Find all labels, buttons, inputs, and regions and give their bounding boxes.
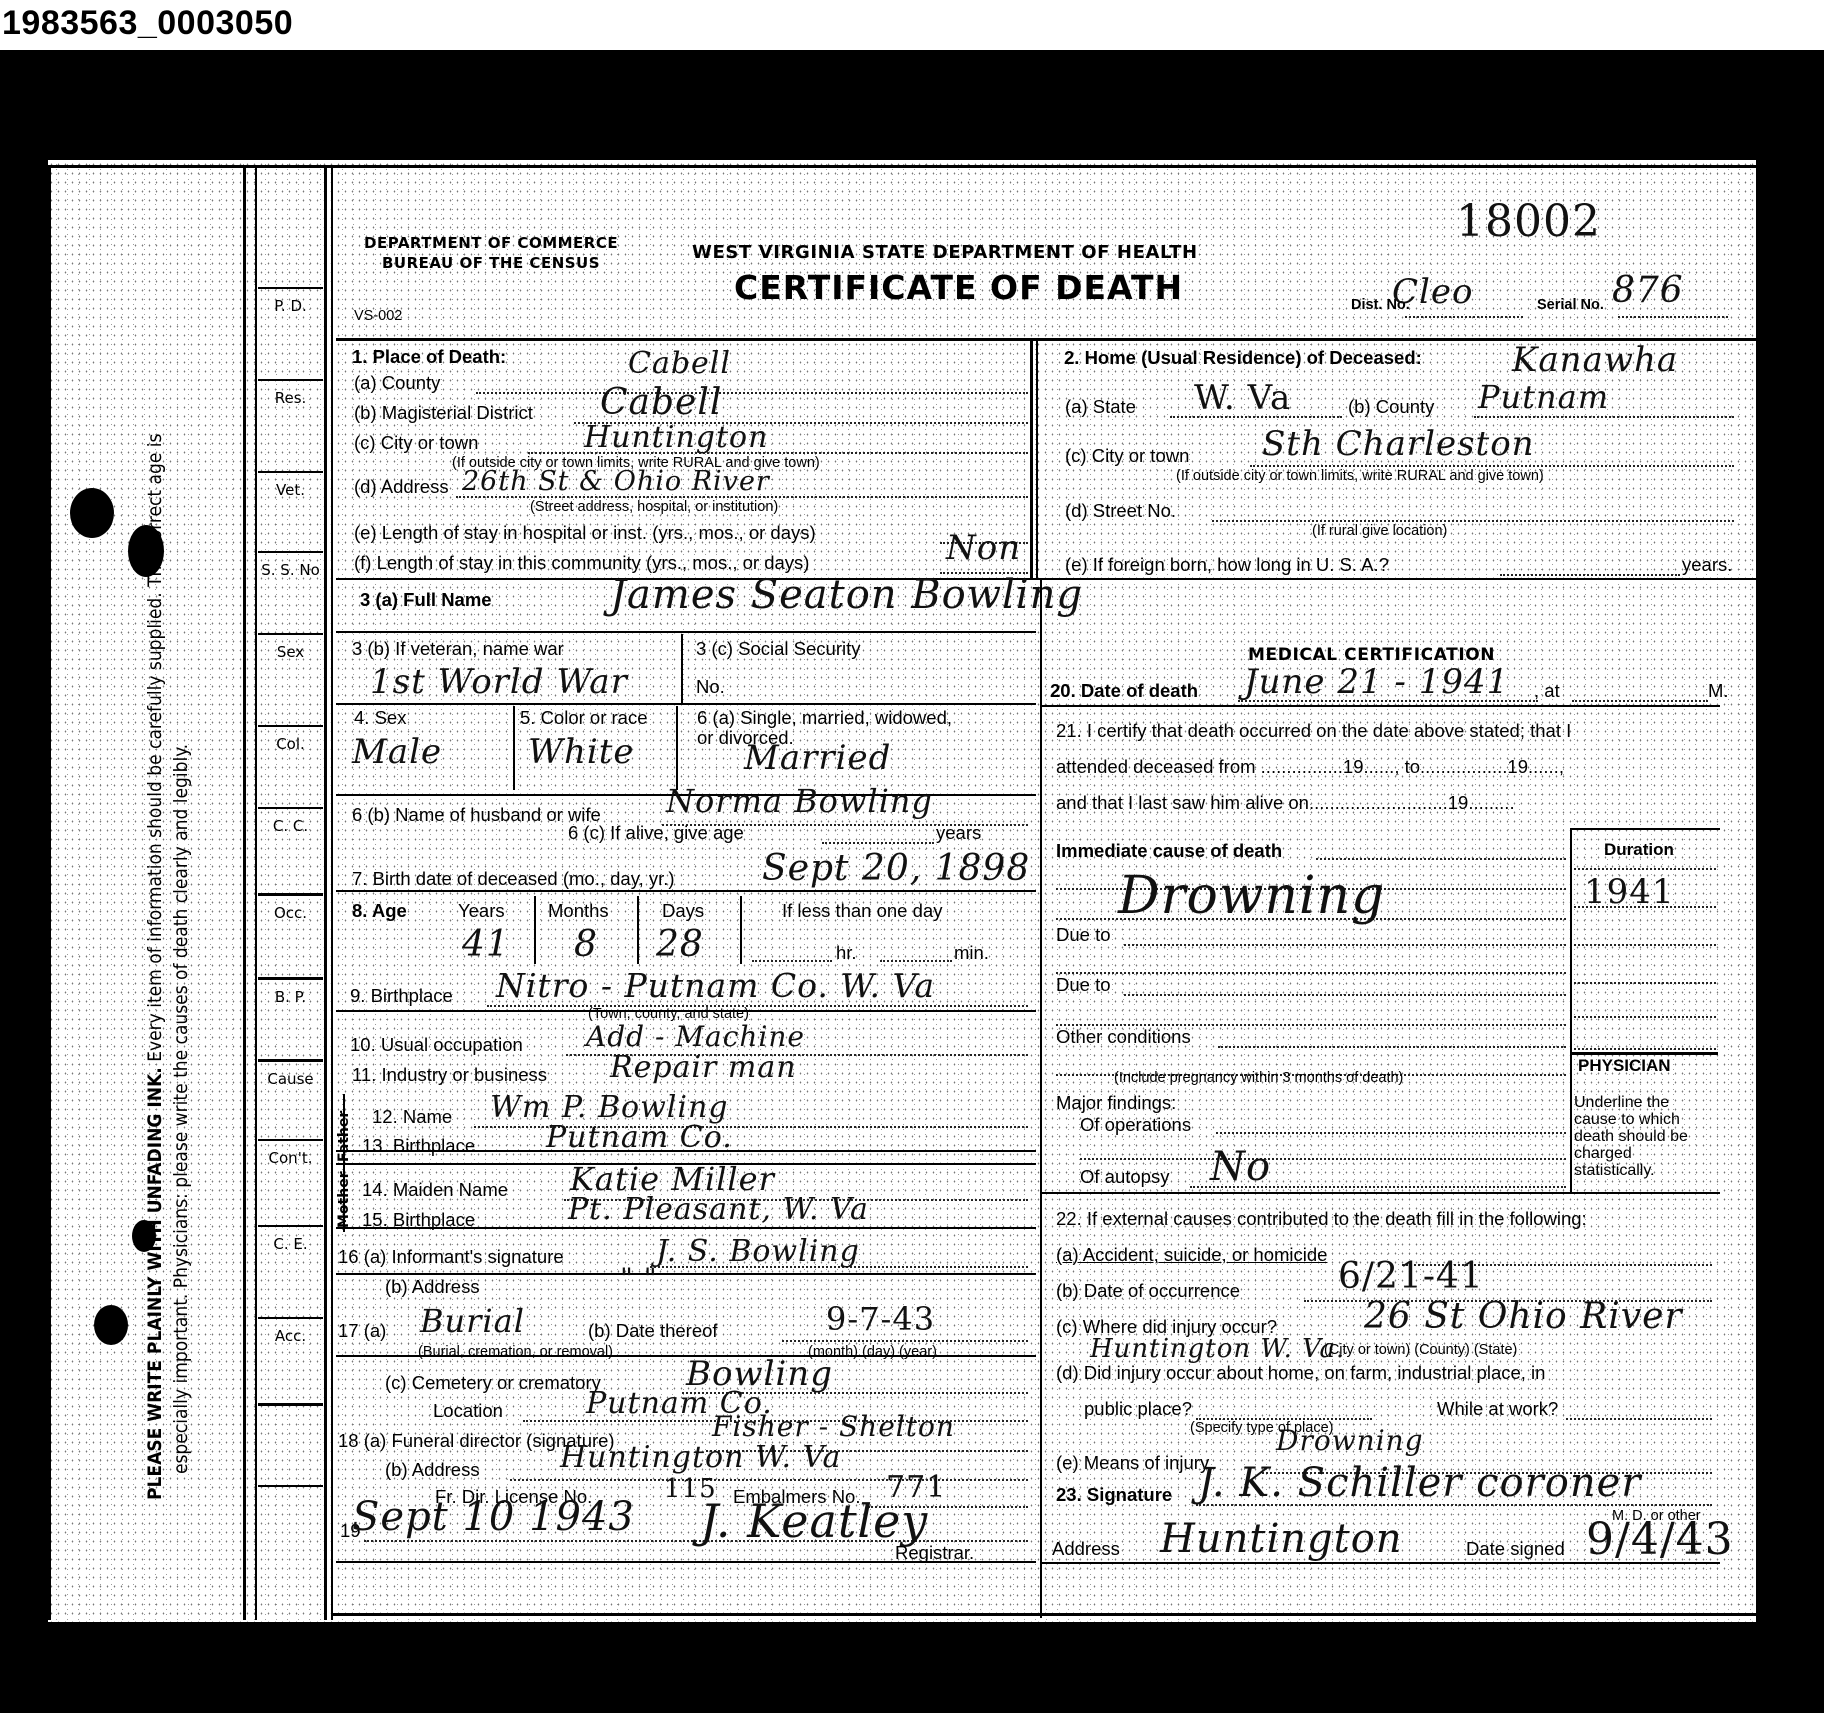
instructions-bold: PLEASE WRITE PLAINLY WITH UNFADING INK. <box>144 1067 166 1500</box>
column-divider <box>1030 338 1033 578</box>
home-street-line <box>1212 520 1734 522</box>
immediate-cause-value[interactable]: Drowning <box>1118 866 1385 926</box>
industry-value[interactable]: Repair man <box>610 1050 797 1085</box>
district-label: (b) Magisterial District <box>354 402 533 424</box>
sex-label: 4. Sex <box>354 707 406 729</box>
spouse-value[interactable]: Norma Bowling <box>666 782 933 820</box>
spouse-label: 6 (b) Name of husband or wife <box>352 804 601 826</box>
spouse-age-line <box>822 842 934 844</box>
informant-label: 16 (a) Informant's signature <box>338 1246 564 1268</box>
section-line <box>1040 705 1720 707</box>
death-date-label: 20. Date of death <box>1050 680 1198 702</box>
certify-line-3: and that I last saw him alive on........… <box>1056 792 1515 814</box>
days-label: Days <box>662 900 704 922</box>
external-heading: 22. If external causes contributed to th… <box>1056 1208 1587 1230</box>
date-signed-value[interactable]: 9/4/43 <box>1586 1514 1734 1565</box>
public-place-label: public place? <box>1084 1398 1192 1420</box>
image-label-bar: 1983563_0003050 <box>0 0 1824 50</box>
burial-value[interactable]: Burial <box>420 1302 525 1340</box>
days-value[interactable]: 28 <box>656 924 704 965</box>
hr-label: hr. <box>836 942 857 964</box>
index-cell <box>258 1485 323 1613</box>
registrar-signature[interactable]: J. Keatley <box>700 1494 928 1548</box>
accident-label: (a) Accident, suicide, or homicide <box>1056 1244 1327 1266</box>
column-divider <box>1036 338 1038 578</box>
county-value[interactable]: Cabell <box>628 346 731 381</box>
duration-line <box>1574 1048 1716 1050</box>
frame-line <box>243 165 246 1620</box>
spouse-age-label: 6 (c) If alive, give age <box>568 822 744 844</box>
means-value[interactable]: Drowning <box>1276 1424 1424 1457</box>
section-line <box>336 1273 1036 1275</box>
stay-community-value[interactable]: Non <box>946 528 1021 568</box>
burial-label: 17 (a) <box>338 1320 386 1342</box>
due-to-line <box>1124 944 1566 946</box>
home-city-label: (c) City or town <box>1065 445 1189 467</box>
field-divider <box>534 896 536 964</box>
min-line <box>880 960 952 962</box>
age-label: 8. Age <box>352 900 407 922</box>
home-foreign-line <box>1500 574 1680 576</box>
home-foreign-suffix: years. <box>1682 554 1732 576</box>
place-type-label: (d) Did injury occur about home, on farm… <box>1056 1362 1545 1384</box>
operations-label: Of operations <box>1080 1114 1191 1136</box>
due-to-label-1: Due to <box>1056 924 1111 946</box>
filed-date-value[interactable]: Sept 10 1943 <box>352 1494 635 1540</box>
cemetery-label: (c) Cemetery or crematory <box>385 1372 601 1394</box>
occurrence-value[interactable]: 6/21-41 <box>1338 1256 1484 1297</box>
instructions-text-2: especially important. Physicians: please… <box>168 250 194 1500</box>
state-department: WEST VIRGINIA STATE DEPARTMENT OF HEALTH <box>692 242 1198 263</box>
section-line <box>1040 1192 1720 1194</box>
dist-value: Cleo <box>1392 272 1473 312</box>
frame-line <box>333 1613 1756 1616</box>
index-cell <box>258 1403 323 1485</box>
father-name-label: 12. Name <box>372 1106 452 1128</box>
informant-address-value[interactable]: " " <box>620 1262 658 1295</box>
field-divider <box>637 896 639 964</box>
at-work-line <box>1566 1418 1712 1420</box>
veteran-value[interactable]: 1st World War <box>370 662 628 702</box>
where-note: (City or town) (County) (State) <box>1324 1342 1517 1358</box>
index-cell: Sex <box>258 633 323 725</box>
index-cell: P. D. <box>258 287 323 379</box>
city-value[interactable]: Huntington <box>584 420 768 455</box>
signature-value[interactable]: J. K. Schiller coroner <box>1198 1460 1641 1506</box>
major-findings-label: Major findings: <box>1056 1092 1176 1114</box>
index-cell: Col. <box>258 725 323 807</box>
section-line <box>1040 1562 1720 1564</box>
frame-line <box>48 165 51 1620</box>
date-signed-label: Date signed <box>1466 1538 1565 1560</box>
certify-line-1: 21. I certify that death occurred on the… <box>1056 720 1571 742</box>
home-heading-value[interactable]: Kanawha <box>1512 340 1678 380</box>
birth-date-value[interactable]: Sept 20, 1898 <box>762 848 1030 889</box>
mother-birth-label: 15. Birthplace <box>362 1209 475 1231</box>
home-state-label: (a) State <box>1065 396 1136 418</box>
physician-box-border <box>1572 1052 1718 1055</box>
occurrence-label: (b) Date of occurrence <box>1056 1280 1240 1302</box>
race-label: 5. Color or race <box>520 707 648 729</box>
index-cell: Acc. <box>258 1317 323 1403</box>
serial-label: Serial No. <box>1537 297 1604 313</box>
birth-date-label: 7. Birth date of deceased (mo., day, yr.… <box>352 868 675 890</box>
image-label: 1983563_0003050 <box>2 4 293 43</box>
index-cell: Vet. <box>258 471 323 551</box>
punch-hole <box>94 1305 128 1345</box>
home-city-note: (If outside city or town limits, write R… <box>1176 468 1544 484</box>
at-label: , at <box>1534 680 1560 702</box>
hr-line <box>752 960 832 962</box>
age-label-text: 8. Age <box>352 900 407 921</box>
due-to-line <box>1124 994 1566 996</box>
mother-name-label: 14. Maiden Name <box>362 1179 508 1201</box>
ss-label: 3 (c) Social Security <box>696 638 861 660</box>
autopsy-value[interactable]: No <box>1210 1144 1271 1190</box>
funeral-address-label: (b) Address <box>385 1459 480 1481</box>
dept-line-1: DEPARTMENT OF COMMERCE <box>364 234 618 252</box>
burial-date-label: (b) Date thereof <box>588 1320 718 1342</box>
at-work-label: While at work? <box>1437 1398 1558 1420</box>
column-divider <box>1040 578 1042 1618</box>
instructions-text: Every item of information should be care… <box>144 434 166 1068</box>
physician-note: Underline the cause to which death shoul… <box>1574 1094 1716 1179</box>
home-street-note: (If rural give location) <box>1312 523 1447 539</box>
funeral-address-value[interactable]: Huntington W. Va <box>560 1440 841 1475</box>
frame-line <box>48 165 1756 168</box>
location-label: Location <box>433 1400 503 1422</box>
signature-label: 23. Signature <box>1056 1484 1172 1506</box>
veteran-label: 3 (b) If veteran, name war <box>352 638 564 660</box>
section-line <box>336 890 1036 892</box>
frame-line <box>324 165 327 1620</box>
duration-box-border <box>1570 828 1720 830</box>
death-date-value[interactable]: June 21 - 1941 <box>1244 662 1509 702</box>
physician-address-label: Address <box>1052 1538 1120 1560</box>
years-label: Years <box>458 900 505 922</box>
operations-line <box>1216 1132 1566 1134</box>
field-divider <box>513 706 515 790</box>
field-divider <box>740 896 742 964</box>
pregnancy-note: (Include pregnancy within 3 months of de… <box>1114 1070 1403 1086</box>
field-divider <box>676 706 678 790</box>
mother-tag: Mother <box>336 1171 352 1228</box>
city-label: (c) City or town <box>354 432 478 454</box>
due-to-line <box>1056 972 1566 974</box>
ss-no-label: No. <box>696 676 725 698</box>
duration-line <box>1574 1016 1716 1018</box>
certify-line-2: attended deceased from ................1… <box>1056 756 1564 778</box>
serial-line <box>1618 316 1728 318</box>
min-label: min. <box>954 942 989 964</box>
autopsy-label: Of autopsy <box>1080 1166 1169 1188</box>
at-line <box>1572 700 1708 702</box>
county-line <box>476 392 1028 394</box>
page-title: CERTIFICATE OF DEATH <box>734 268 1183 307</box>
registrar-label: Registrar. <box>895 1542 974 1564</box>
where-value[interactable]: 26 St Ohio River <box>1364 1296 1683 1337</box>
duration-line <box>1574 944 1716 946</box>
duration-box-border <box>1570 828 1572 1192</box>
address-label: (d) Address <box>354 476 449 498</box>
birthplace-line <box>487 1005 1028 1007</box>
father-birth-label: 13. Birthplace <box>362 1135 475 1157</box>
mother-birth-value[interactable]: Pt. Pleasant, W. Va <box>568 1192 869 1227</box>
years-value[interactable]: 41 <box>462 924 510 965</box>
index-cell: C. E. <box>258 1225 323 1317</box>
funeral-director-value[interactable]: Fisher - Shelton <box>712 1410 955 1443</box>
section-line <box>336 631 1036 633</box>
months-label: Months <box>548 900 609 922</box>
occupation-value[interactable]: Add - Machine <box>586 1020 805 1053</box>
index-cell: Con't. <box>258 1139 323 1225</box>
marital-value[interactable]: Married <box>744 738 891 778</box>
marital-label: 6 (a) Single, married, widowed, <box>697 707 952 729</box>
informant-address-label: (b) Address <box>385 1276 480 1298</box>
home-county-line <box>1474 416 1734 418</box>
father-birth-value[interactable]: Putnam Co. <box>546 1120 733 1155</box>
file-number: 18002 <box>1456 196 1601 247</box>
index-cell: B. P. <box>258 977 323 1059</box>
father-tag: Father <box>336 1111 352 1162</box>
duration-line <box>1574 868 1716 870</box>
district-value[interactable]: Cabell <box>600 382 722 423</box>
address-note: (Street address, hospital, or institutio… <box>530 499 778 515</box>
physician-title: PHYSICIAN <box>1578 1056 1671 1076</box>
means-label: (e) Means of injury <box>1056 1452 1209 1474</box>
birthplace-label: 9. Birthplace <box>350 985 453 1007</box>
index-cell: Occ. <box>258 893 323 977</box>
burial-date-line <box>782 1340 1028 1342</box>
index-cell: Cause <box>258 1059 323 1139</box>
home-foreign-label: (e) If foreign born, how long in U. S. A… <box>1065 554 1389 576</box>
occupation-label: 10. Usual occupation <box>350 1034 523 1056</box>
race-value[interactable]: White <box>528 732 635 772</box>
place-of-death-heading: 1. Place of Death: <box>352 346 506 368</box>
frame-line <box>255 165 257 1620</box>
sex-value[interactable]: Male <box>352 732 442 772</box>
informant-value[interactable]: J. S. Bowling <box>656 1234 860 1269</box>
less-than-day-label: If less than one day <box>782 900 942 922</box>
spouse-age-suffix: years <box>936 822 981 844</box>
field-divider <box>681 634 683 703</box>
index-cell: Res. <box>258 379 323 471</box>
funeral-address-line <box>510 1479 1028 1481</box>
home-street-label: (d) Street No. <box>1065 500 1176 522</box>
home-heading: 2. Home (Usual Residence) of Deceased: <box>1064 347 1422 369</box>
physician-address-value[interactable]: Huntington <box>1160 1516 1403 1562</box>
stay-hospital-label: (e) Length of stay in hospital or inst. … <box>354 522 816 544</box>
industry-label: 11. Industry or business <box>352 1064 547 1086</box>
stay-community-label: (f) Length of stay in this community (yr… <box>354 552 809 574</box>
county-label: (a) County <box>354 372 440 394</box>
punch-hole <box>70 488 114 538</box>
full-name-label: 3 (a) Full Name <box>360 589 492 611</box>
due-to-label-2: Due to <box>1056 974 1111 996</box>
home-county-value[interactable]: Putnam <box>1478 378 1609 416</box>
serial-value: 876 <box>1612 270 1684 311</box>
home-county-label: (b) County <box>1348 396 1434 418</box>
duration-line <box>1574 982 1716 984</box>
form-number: VS-002 <box>354 308 402 324</box>
operations-line <box>1080 1158 1566 1160</box>
dist-line <box>1405 316 1523 318</box>
immediate-line <box>1316 858 1566 860</box>
full-name-value[interactable]: James Seaton Bowling <box>610 572 1083 618</box>
at-suffix: M. <box>1708 680 1729 702</box>
other-conditions-label: Other conditions <box>1056 1026 1191 1048</box>
burial-date-value[interactable]: 9-7-43 <box>826 1300 935 1338</box>
address-value[interactable]: 26th St & Ohio River <box>462 466 770 497</box>
duration-line <box>1574 906 1716 908</box>
months-value[interactable]: 8 <box>574 924 598 965</box>
other-line <box>1218 1046 1566 1048</box>
home-city-line <box>1250 465 1734 467</box>
burial-note: (Burial, cremation, or removal) <box>418 1344 613 1360</box>
home-state-value[interactable]: W. Va <box>1194 378 1291 418</box>
dept-line-2: BUREAU OF THE CENSUS <box>382 254 600 272</box>
immediate-cause-label: Immediate cause of death <box>1056 840 1282 862</box>
where-value-2[interactable]: Huntington W. Va. <box>1090 1334 1345 1364</box>
index-cell: S. S. No <box>258 551 323 633</box>
frame-line <box>331 165 333 1620</box>
section-line <box>336 703 1036 705</box>
home-city-value[interactable]: Sth Charleston <box>1262 424 1535 464</box>
birthplace-value[interactable]: Nitro - Putnam Co. W. Va <box>496 966 935 1005</box>
margin-instructions: PLEASE WRITE PLAINLY WITH UNFADING INK. … <box>142 250 202 1500</box>
duration-label: Duration <box>1604 840 1674 860</box>
index-cell: C. C. <box>258 807 323 893</box>
